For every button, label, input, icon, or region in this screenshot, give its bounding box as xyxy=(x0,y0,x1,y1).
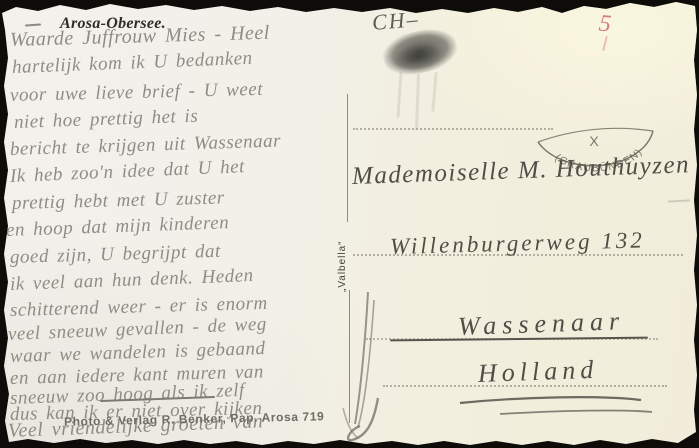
message-line: goed zijn, U begrijpt dat xyxy=(10,242,221,267)
message-line: prettig hebt met U zuster xyxy=(12,188,225,213)
divider-line xyxy=(349,290,350,423)
message-line: Ik heb zoo'n idee dat U het xyxy=(10,157,246,186)
country-code-note: CH– xyxy=(371,8,420,34)
divider-line xyxy=(347,94,348,222)
pencil-smear-streak xyxy=(415,74,420,130)
message-line: ik veel aan hun denk. Heden xyxy=(10,266,254,294)
pencil-dash-mark xyxy=(668,199,690,202)
red-crayon-mark: 5 xyxy=(598,11,612,36)
message-line: voor uwe lieve brief - U weet xyxy=(10,80,263,105)
address-line: Mademoiselle M. Houthuyzen xyxy=(352,152,691,189)
series-label-valbella: „Valbella“ xyxy=(337,220,348,292)
address-line: Wassenaar xyxy=(458,308,626,340)
postmark-center-mark: X xyxy=(589,133,599,149)
address-line: Holland xyxy=(478,357,599,387)
pencil-underline-holland xyxy=(460,397,641,403)
pencil-smear-streak xyxy=(396,72,402,118)
pencil-smear-streak xyxy=(431,72,437,112)
postcard-back: Arosa-Obersee. Waarde Juffrouw Mies - He… xyxy=(0,0,699,448)
message-line: bericht te krijgen uit Wassenaar xyxy=(10,131,282,159)
message-line: niet hoe prettig het is xyxy=(14,107,199,132)
message-line: Waarde Juffrouw Mies - Heel xyxy=(10,23,270,50)
scanned-postcard-photo: { "postcard": { "title": "Arosa-Obersee.… xyxy=(0,0,699,448)
message-line: en hoop dat mijn kinderen xyxy=(6,213,230,240)
pencil-dash-mark xyxy=(25,23,41,26)
message-line: hartelijk kom ik U bedanken xyxy=(12,49,253,77)
red-crayon-tick xyxy=(602,36,608,51)
